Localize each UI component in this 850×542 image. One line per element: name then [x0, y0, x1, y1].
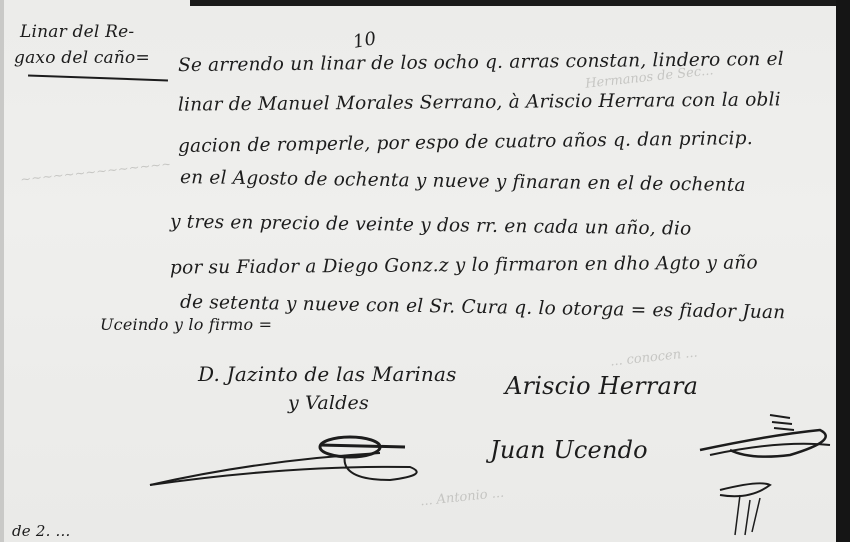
- body-line-4: en el Agosto de ochenta y nueve y finara…: [180, 167, 746, 196]
- signature-jazinto-line2: y Valdes: [288, 392, 369, 414]
- body-line-3: gacion de romperle, por espo de cuatro a…: [178, 128, 753, 157]
- body-line-8: Uceindo y lo firmo =: [100, 315, 272, 334]
- signature-ariscio-herrara: Ariscio Herrara: [505, 372, 698, 400]
- manuscript-page: Hermanos de Sec... ... conocen ... ... A…: [0, 0, 836, 542]
- body-line-2: linar de Manuel Morales Serrano, à Arisc…: [178, 89, 781, 115]
- scan-right-edge: [836, 0, 850, 542]
- scan-top-edge: [190, 0, 850, 6]
- bleed-through-text: ~~~~~~~~~~~~~~~~~: [20, 157, 171, 188]
- page-left-edge: [0, 0, 4, 542]
- margin-note-underline: [28, 75, 168, 82]
- margin-note-line1: Linar del Re-: [20, 22, 134, 42]
- signature-jazinto: D. Jazinto de las Marinas: [198, 362, 457, 386]
- bottom-fragment-text: de 2. ...: [12, 522, 70, 540]
- rubric-flourish-icon: [140, 425, 440, 495]
- margin-note-line2: gaxo del caño=: [14, 48, 150, 68]
- body-line-5: y tres en precio de veinte y dos rr. en …: [170, 211, 692, 239]
- bleed-through-text: ... conocen ...: [609, 345, 698, 369]
- signature-juan-ucendo: Juan Ucendo: [490, 436, 648, 464]
- body-line-6: por su Fiador a Diego Gonz.z y lo firmar…: [170, 252, 758, 278]
- folio-number: 10: [351, 28, 378, 53]
- rubric-flourish-icon: [690, 410, 836, 540]
